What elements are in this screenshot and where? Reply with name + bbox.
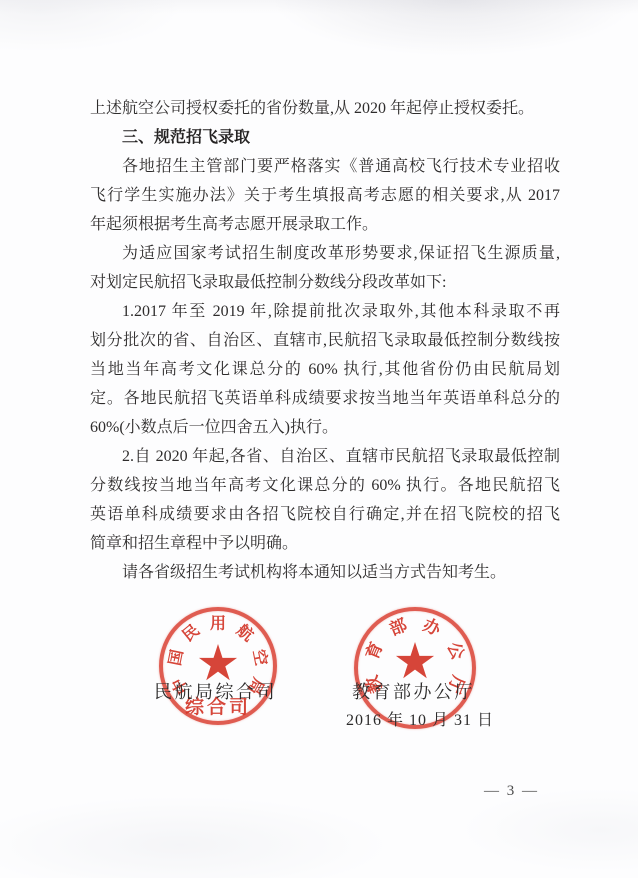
document-line: 为适应国家考试招生制度改革形势要求,保证招飞生源质量,: [90, 239, 560, 268]
issue-date: 2016 年 10 月 31 日: [346, 707, 494, 730]
seal-arc-char: 公: [443, 637, 473, 662]
signer-moe-office: 教育部办公厅: [352, 678, 475, 704]
seal-arc-char: 民: [177, 618, 204, 646]
document-line: 年起须根据考生高考志愿开展录取工作。: [90, 210, 560, 239]
signer-caac-office: 民航局综合司: [154, 678, 277, 704]
document-line: 对划定民航招飞录取最低控制分数线分段改革如下:: [90, 268, 560, 297]
document-line: 英语单科成绩要求由各招飞院校自行确定,并在招飞院校的招飞: [90, 500, 560, 529]
document-line: 简章和招生章程中予以明确。: [90, 529, 560, 558]
document-line: 上述航空公司授权委托的省份数量,从 2020 年起停止授权委托。: [90, 94, 560, 123]
page-number: — 3 —: [484, 783, 539, 800]
seal-arc-char: 空: [248, 647, 274, 667]
official-seal-caac: 中国民用航空局 综合司: [159, 607, 277, 725]
seal-arc-char: 用: [210, 611, 226, 634]
document-line: 1.2017 年至 2019 年,除提前批次录取外,其他本科录取不再: [90, 297, 560, 326]
document-line: 2.自 2020 年起,各省、自治区、直辖市民航招飞录取最低控制: [90, 442, 560, 471]
document-line: 三、规范招飞录取: [90, 123, 560, 152]
document-line: 定。各地民航招飞英语单科成绩要求按当地当年英语单科总分的: [90, 384, 560, 413]
document-text-block: 上述航空公司授权委托的省份数量,从 2020 年起停止授权委托。三、规范招飞录取…: [90, 94, 560, 587]
seal-star-icon: [395, 642, 435, 682]
seal-arc-char: 部: [385, 611, 410, 641]
document-line: 请各省级招生考试机构将本通知以适当方式告知考生。: [90, 558, 560, 587]
seal-arc-char: 国: [162, 647, 188, 667]
document-line: 60%(小数点后一位四舍五入)执行。: [90, 413, 560, 442]
document-line: 分数线按当地当年高考文化课总分的 60% 执行。各地民航招飞: [90, 471, 560, 500]
seal-arc-char: 航: [232, 618, 259, 646]
document-line: 划分批次的省、自治区、直辖市,民航招飞录取最低控制分数线按: [90, 326, 560, 355]
document-line: 飞行学生实施办法》关于考生填报高考志愿的相关要求,从 2017: [90, 181, 560, 210]
seal-arc-char: 育: [358, 637, 388, 662]
document-line: 当地当年高考文化课总分的 60% 执行,其他省份仍由民航局划: [90, 355, 560, 384]
seal-arc-char: 办: [420, 611, 445, 641]
document-line: 各地招生主管部门要严格落实《普通高校飞行技术专业招收: [90, 152, 560, 181]
